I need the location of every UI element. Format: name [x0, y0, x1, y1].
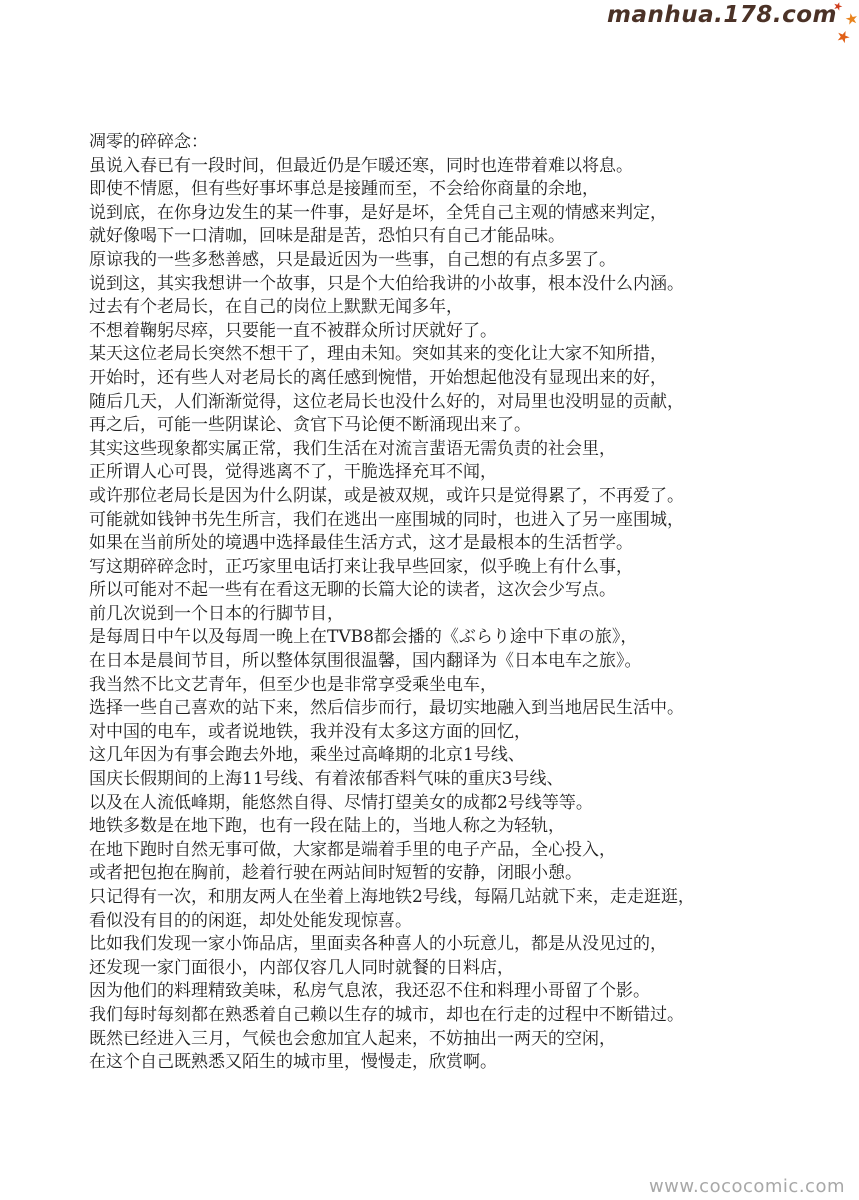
- text-line: 既然已经进入三月，气候也会愈加宜人起来，不妨抽出一两天的空闲，: [89, 1028, 789, 1052]
- text-line: 再之后，可能一些阴谋论、贪官下马论便不断涌现出来了。: [89, 414, 789, 438]
- text-line: 在这个自己既熟悉又陌生的城市里，慢慢走，欣赏啊。: [89, 1051, 789, 1075]
- text-line: 开始时，还有些人对老局长的离任感到惋惜，开始想起他没有显现出来的好，: [89, 367, 789, 391]
- text-block: 凋零的碎碎念：虽说入春已有一段时间，但最近仍是乍暖还寒，同时也连带着难以将息。即…: [89, 131, 789, 1075]
- text-line: 我当然不比文艺青年，但至少也是非常享受乘坐电车，: [89, 674, 789, 698]
- text-line: 写这期碎碎念时，正巧家里电话打来让我早些回家，似乎晚上有什么事，: [89, 556, 789, 580]
- text-line: 说到底，在你身边发生的某一件事，是好是坏，全凭自己主观的情感来判定，: [89, 202, 789, 226]
- text-line: 是每周日中午以及每周一晚上在TVB8都会播的《ぶらり途中下車の旅》，: [89, 626, 789, 650]
- text-line: 在地下跑时自然无事可做，大家都是端着手里的电子产品，全心投入，: [89, 839, 789, 863]
- text-line: 所以可能对不起一些有在看这无聊的长篇大论的读者，这次会少写点。: [89, 579, 789, 603]
- text-line: 不想着鞠躬尽瘁，只要能一直不被群众所讨厌就好了。: [89, 320, 789, 344]
- site-logo: manhua.178.com: [607, 2, 837, 28]
- text-line: 地铁多数是在地下跑，也有一段在陆上的，当地人称之为轻轨，: [89, 815, 789, 839]
- text-line: 如果在当前所处的境遇中选择最佳生活方式，这才是最根本的生活哲学。: [89, 532, 789, 556]
- text-line: 原谅我的一些多愁善感，只是最近因为一些事，自己想的有点多罢了。: [89, 249, 789, 273]
- text-line: 凋零的碎碎念：: [89, 131, 789, 155]
- text-line: 可能就如钱钟书先生所言，我们在逃出一座围城的同时，也进入了另一座围城，: [89, 509, 789, 533]
- text-line: 其实这些现象都实属正常，我们生活在对流言蜚语无需负责的社会里，: [89, 438, 789, 462]
- text-line: 还发现一家门面很小，内部仅容几人同时就餐的日料店，: [89, 957, 789, 981]
- text-line: 因为他们的料理精致美味，私房气息浓，我还忍不住和料理小哥留了个影。: [89, 980, 789, 1004]
- text-line: 我们每时每刻都在熟悉着自己赖以生存的城市，却也在行走的过程中不断错过。: [89, 1004, 789, 1028]
- text-line: 或许那位老局长是因为什么阴谋，或是被双规，或许只是觉得累了，不再爱了。: [89, 485, 789, 509]
- text-line: 这几年因为有事会跑去外地，乘坐过高峰期的北京1号线、: [89, 744, 789, 768]
- footer-url: www.cococomic.com: [649, 1176, 845, 1197]
- text-line: 就好像喝下一口清咖，回味是甜是苦，恐怕只有自己才能品味。: [89, 225, 789, 249]
- text-line: 只记得有一次，和朋友两人在坐着上海地铁2号线，每隔几站就下来，走走逛逛，: [89, 886, 789, 910]
- text-line: 虽说入春已有一段时间，但最近仍是乍暖还寒，同时也连带着难以将息。: [89, 155, 789, 179]
- text-line: 比如我们发现一家小饰品店，里面卖各种喜人的小玩意儿，都是从没见过的，: [89, 933, 789, 957]
- text-line: 或者把包抱在胸前，趁着行驶在两站间时短暂的安静，闭眼小憩。: [89, 862, 789, 886]
- text-line: 说到这，其实我想讲一个故事，只是个大伯给我讲的小故事，根本没什么内涵。: [89, 273, 789, 297]
- text-line: 前几次说到一个日本的行脚节目，: [89, 603, 789, 627]
- text-line: 对中国的电车，或者说地铁，我并没有太多这方面的回忆，: [89, 721, 789, 745]
- text-line: 选择一些自己喜欢的站下来，然后信步而行，最切实地融入到当地居民生活中。: [89, 697, 789, 721]
- text-line: 在日本是晨间节目，所以整体氛围很温馨，国内翻译为《日本电车之旅》。: [89, 650, 789, 674]
- text-line: 某天这位老局长突然不想干了，理由未知。突如其来的变化让大家不知所措，: [89, 343, 789, 367]
- text-line: 国庆长假期间的上海11号线、有着浓郁香料气味的重庆3号线、: [89, 768, 789, 792]
- text-line: 过去有个老局长，在自己的岗位上默默无闻多年，: [89, 296, 789, 320]
- star-icon: ★: [843, 11, 859, 28]
- text-line: 即使不情愿，但有些好事坏事总是接踵而至，不会给你商量的余地，: [89, 178, 789, 202]
- text-line: 以及在人流低峰期，能悠然自得、尽情打望美女的成都2号线等等。: [89, 792, 789, 816]
- text-line: 随后几天，人们渐渐觉得，这位老局长也没什么好的，对局里也没明显的贡献，: [89, 391, 789, 415]
- text-line: 看似没有目的的闲逛，却处处能发现惊喜。: [89, 910, 789, 934]
- star-icon: ★: [833, 27, 852, 47]
- text-line: 正所谓人心可畏，觉得逃离不了，干脆选择充耳不闻，: [89, 461, 789, 485]
